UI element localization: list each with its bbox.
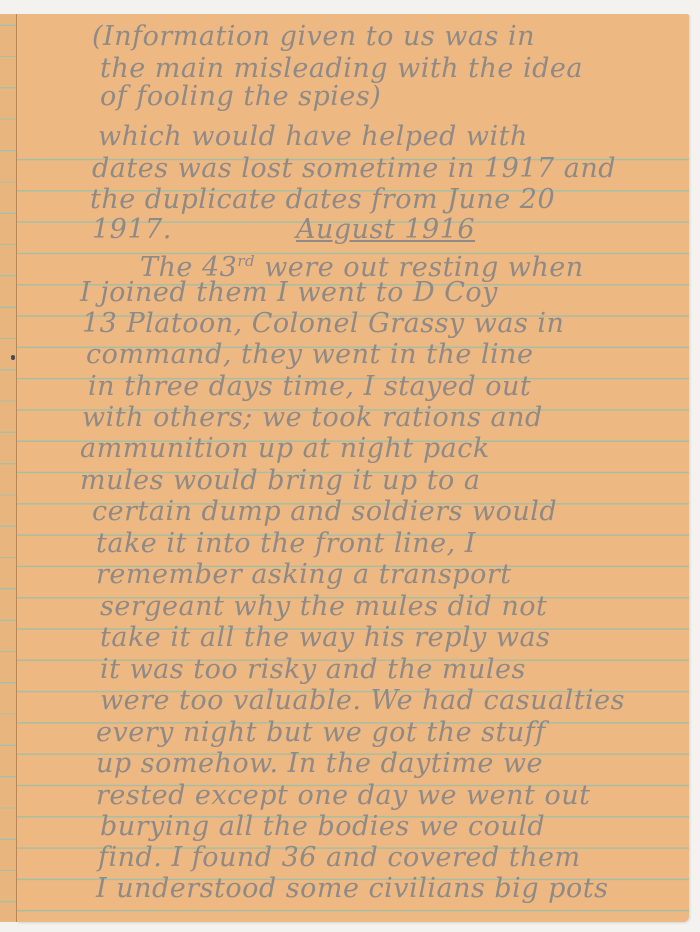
handwritten-line: dates was lost sometime in 1917 and [92, 154, 689, 184]
handwritten-line: remember asking a transport [96, 560, 689, 590]
handwritten-line: mules would bring it up to a [80, 466, 689, 496]
handwritten-line: command, they went in the line [86, 340, 689, 370]
facing-page-edge [0, 14, 17, 922]
handwritten-line: take it into the front line, I [96, 529, 689, 559]
handwritten-line: up somehow. In the daytime we [96, 749, 689, 779]
handwritten-line: take it all the way his reply was [100, 623, 689, 653]
handwritten-line: the duplicate dates from June 20 [90, 185, 689, 215]
handwritten-line: were too valuable. We had casualties [100, 686, 689, 716]
handwritten-line: the main misleading with the idea [100, 54, 689, 84]
notebook-page: (Information given to us was inthe main … [17, 14, 689, 922]
handwritten-line: I understood some civilians big pots [96, 874, 689, 904]
handwritten-line: I joined them I went to D Coy [80, 278, 689, 308]
date-heading: August 1916 [296, 215, 689, 245]
handwritten-line: rested except one day we went out [96, 781, 689, 811]
handwritten-line: burying all the bodies we could [100, 812, 689, 842]
handwritten-line: find. I found 36 and covered them [98, 843, 689, 873]
handwritten-line: with others; we took rations and [82, 403, 689, 433]
handwritten-line: which would have helped with [98, 122, 689, 152]
handwritten-line: (Information given to us was in [92, 22, 689, 52]
handwritten-line: it was too risky and the mules [100, 655, 689, 685]
handwritten-line: sergeant why the mules did not [100, 592, 689, 622]
handwritten-line: ammunition up at night pack [80, 434, 689, 464]
ink-speck [11, 355, 15, 360]
handwritten-line: of fooling the spies) [100, 82, 689, 112]
handwritten-line: in three days time, I stayed out [88, 372, 689, 402]
handwritten-line: 13 Platoon, Colonel Grassy was in [82, 309, 689, 339]
handwritten-line: certain dump and soldiers would [92, 497, 689, 527]
handwritten-line: every night but we got the stuff [96, 718, 689, 748]
